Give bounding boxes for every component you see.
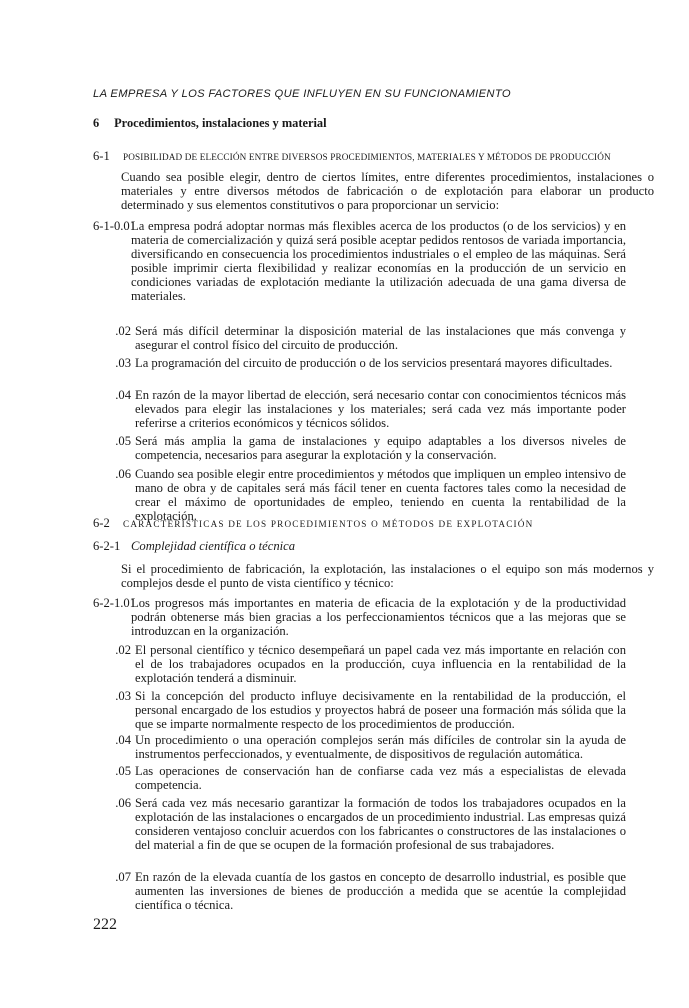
chapter-number: 6 (93, 116, 111, 130)
item-text: En razón de la elevada cuantía de los ga… (121, 870, 626, 912)
list-item: .03 La programación del circuito de prod… (93, 356, 626, 370)
subsection-heading: 6-2-1Complejidad científica o técnica (93, 539, 626, 553)
list-item: .03 Si la concepción del producto influy… (93, 689, 626, 731)
section-number: 6-2 (93, 516, 123, 530)
list-item: .04 En razón de la mayor libertad de ele… (93, 388, 626, 430)
section-6-1-intro: Cuando sea posible elegir, dentro de cie… (93, 170, 654, 212)
subsection-title: Complejidad científica o técnica (131, 539, 295, 553)
list-item: .02 Será más difícil determinar la dispo… (93, 324, 626, 352)
document-page: LA EMPRESA Y LOS FACTORES QUE INFLUYEN E… (0, 0, 689, 1008)
list-item: .05 Las operaciones de conservación han … (93, 764, 626, 792)
list-item: .06 Será cada vez más necesario garantiz… (93, 796, 626, 852)
item-text: El personal científico y técnico desempe… (121, 643, 626, 685)
list-item: .07 En razón de la elevada cuantía de lo… (93, 870, 626, 912)
chapter-heading: 6 Procedimientos, instalaciones y materi… (93, 116, 626, 130)
list-item: .04 Un procedimiento o una operación com… (93, 733, 626, 761)
running-head: LA EMPRESA Y LOS FACTORES QUE INFLUYEN E… (93, 88, 511, 100)
list-item: .02 El personal científico y técnico des… (93, 643, 626, 685)
list-item: 6-1-0.01 La empresa podrá adoptar normas… (93, 219, 626, 304)
item-text: En razón de la mayor libertad de elecció… (121, 388, 626, 430)
list-item: 6-2-1.01 Los progresos más importantes e… (93, 596, 626, 638)
item-text: La empresa podrá adoptar normas más flex… (131, 219, 626, 304)
subsection-number: 6-2-1 (93, 539, 131, 553)
section-number: 6-1 (93, 149, 123, 163)
list-item: .05 Será más amplia la gama de instalaci… (93, 434, 626, 462)
item-text: Si la concepción del producto influye de… (121, 689, 626, 731)
item-text: Será más amplia la gama de instalaciones… (121, 434, 626, 462)
section-heading-6-2: 6-2Características de los procedimientos… (93, 516, 626, 531)
item-number: 6-1-0.01 (93, 219, 121, 304)
item-text: Será cada vez más necesario garantizar l… (121, 796, 626, 852)
chapter-title: Procedimientos, instalaciones y material (114, 116, 326, 130)
section-title: Características de los procedimientos o … (123, 519, 533, 529)
item-number: 6-2-1.01 (93, 596, 121, 638)
item-text: Será más difícil determinar la disposici… (121, 324, 626, 352)
item-text: La programación del circuito de producci… (121, 356, 626, 370)
list-item: .06 Cuando sea posible elegir entre proc… (93, 467, 626, 523)
item-text: Un procedimiento o una operación complej… (121, 733, 626, 761)
section-6-2-intro: Si el procedimiento de fabricación, la e… (93, 562, 654, 590)
section-heading-6-1: 6-1Posibilidad de elección entre diverso… (93, 149, 626, 164)
page-number: 222 (93, 916, 117, 934)
item-text: Las operaciones de conservación han de c… (121, 764, 626, 792)
item-text: Los progresos más importantes en materia… (131, 596, 626, 638)
section-title: Posibilidad de elección entre diversos p… (123, 152, 611, 162)
item-text: Cuando sea posible elegir entre procedim… (121, 467, 626, 523)
